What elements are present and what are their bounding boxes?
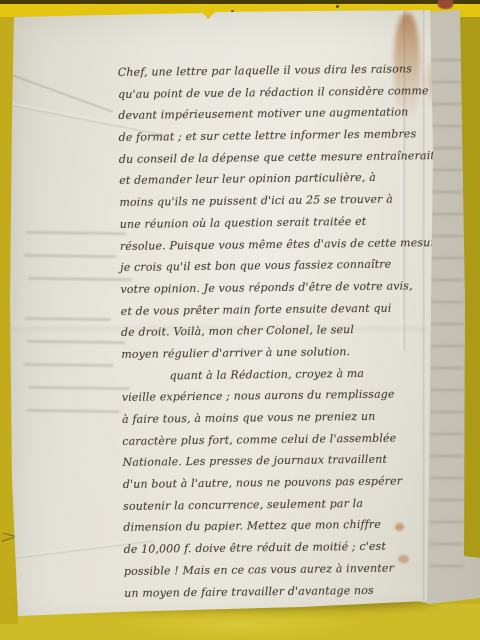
ghost-bleedthrough-line <box>26 409 120 412</box>
ghost-bleedthrough-line <box>24 254 116 257</box>
background-top-edge-shadow <box>0 0 480 4</box>
letter-photo: Chef, une lettre par laquelle il vous di… <box>0 0 480 640</box>
letter-page: Chef, une lettre par laquelle il vous di… <box>0 0 480 640</box>
ghost-bleedthrough-line <box>28 386 130 389</box>
red-mark <box>438 0 453 9</box>
ghost-bleedthrough-line <box>24 363 114 366</box>
handwritten-line: possible ! Mais en ce cas vous aurez à i… <box>124 557 434 582</box>
handwritten-line: et de vous prêter main forte ensuite dev… <box>121 297 431 322</box>
handwritten-line: votre opinion. Je vous réponds d'être de… <box>120 275 430 300</box>
ghost-bleedthrough-line <box>25 317 111 320</box>
background-bottom-glow <box>120 610 360 640</box>
dust-speck <box>336 5 339 8</box>
handwritten-line: un moyen de faire travailler d'avantage … <box>124 579 434 604</box>
handwritten-line: vieille expérience ; nous aurons du remp… <box>122 383 432 408</box>
handwritten-line: du conseil de la dépense que cette mesur… <box>119 145 429 170</box>
ghost-bleedthrough-line <box>28 277 132 280</box>
handwritten-line: moins qu'ils ne puissent d'ici au 25 se … <box>119 188 429 213</box>
ghost-bleedthrough-line <box>26 231 126 234</box>
handwritten-line: d'un bout à l'autre, nous ne pouvons pas… <box>123 470 433 495</box>
handwritten-text: Chef, une lettre par laquelle il vous di… <box>118 58 435 604</box>
ghost-bleedthrough-column <box>430 46 464 576</box>
ghost-bleedthrough-line <box>27 340 125 343</box>
